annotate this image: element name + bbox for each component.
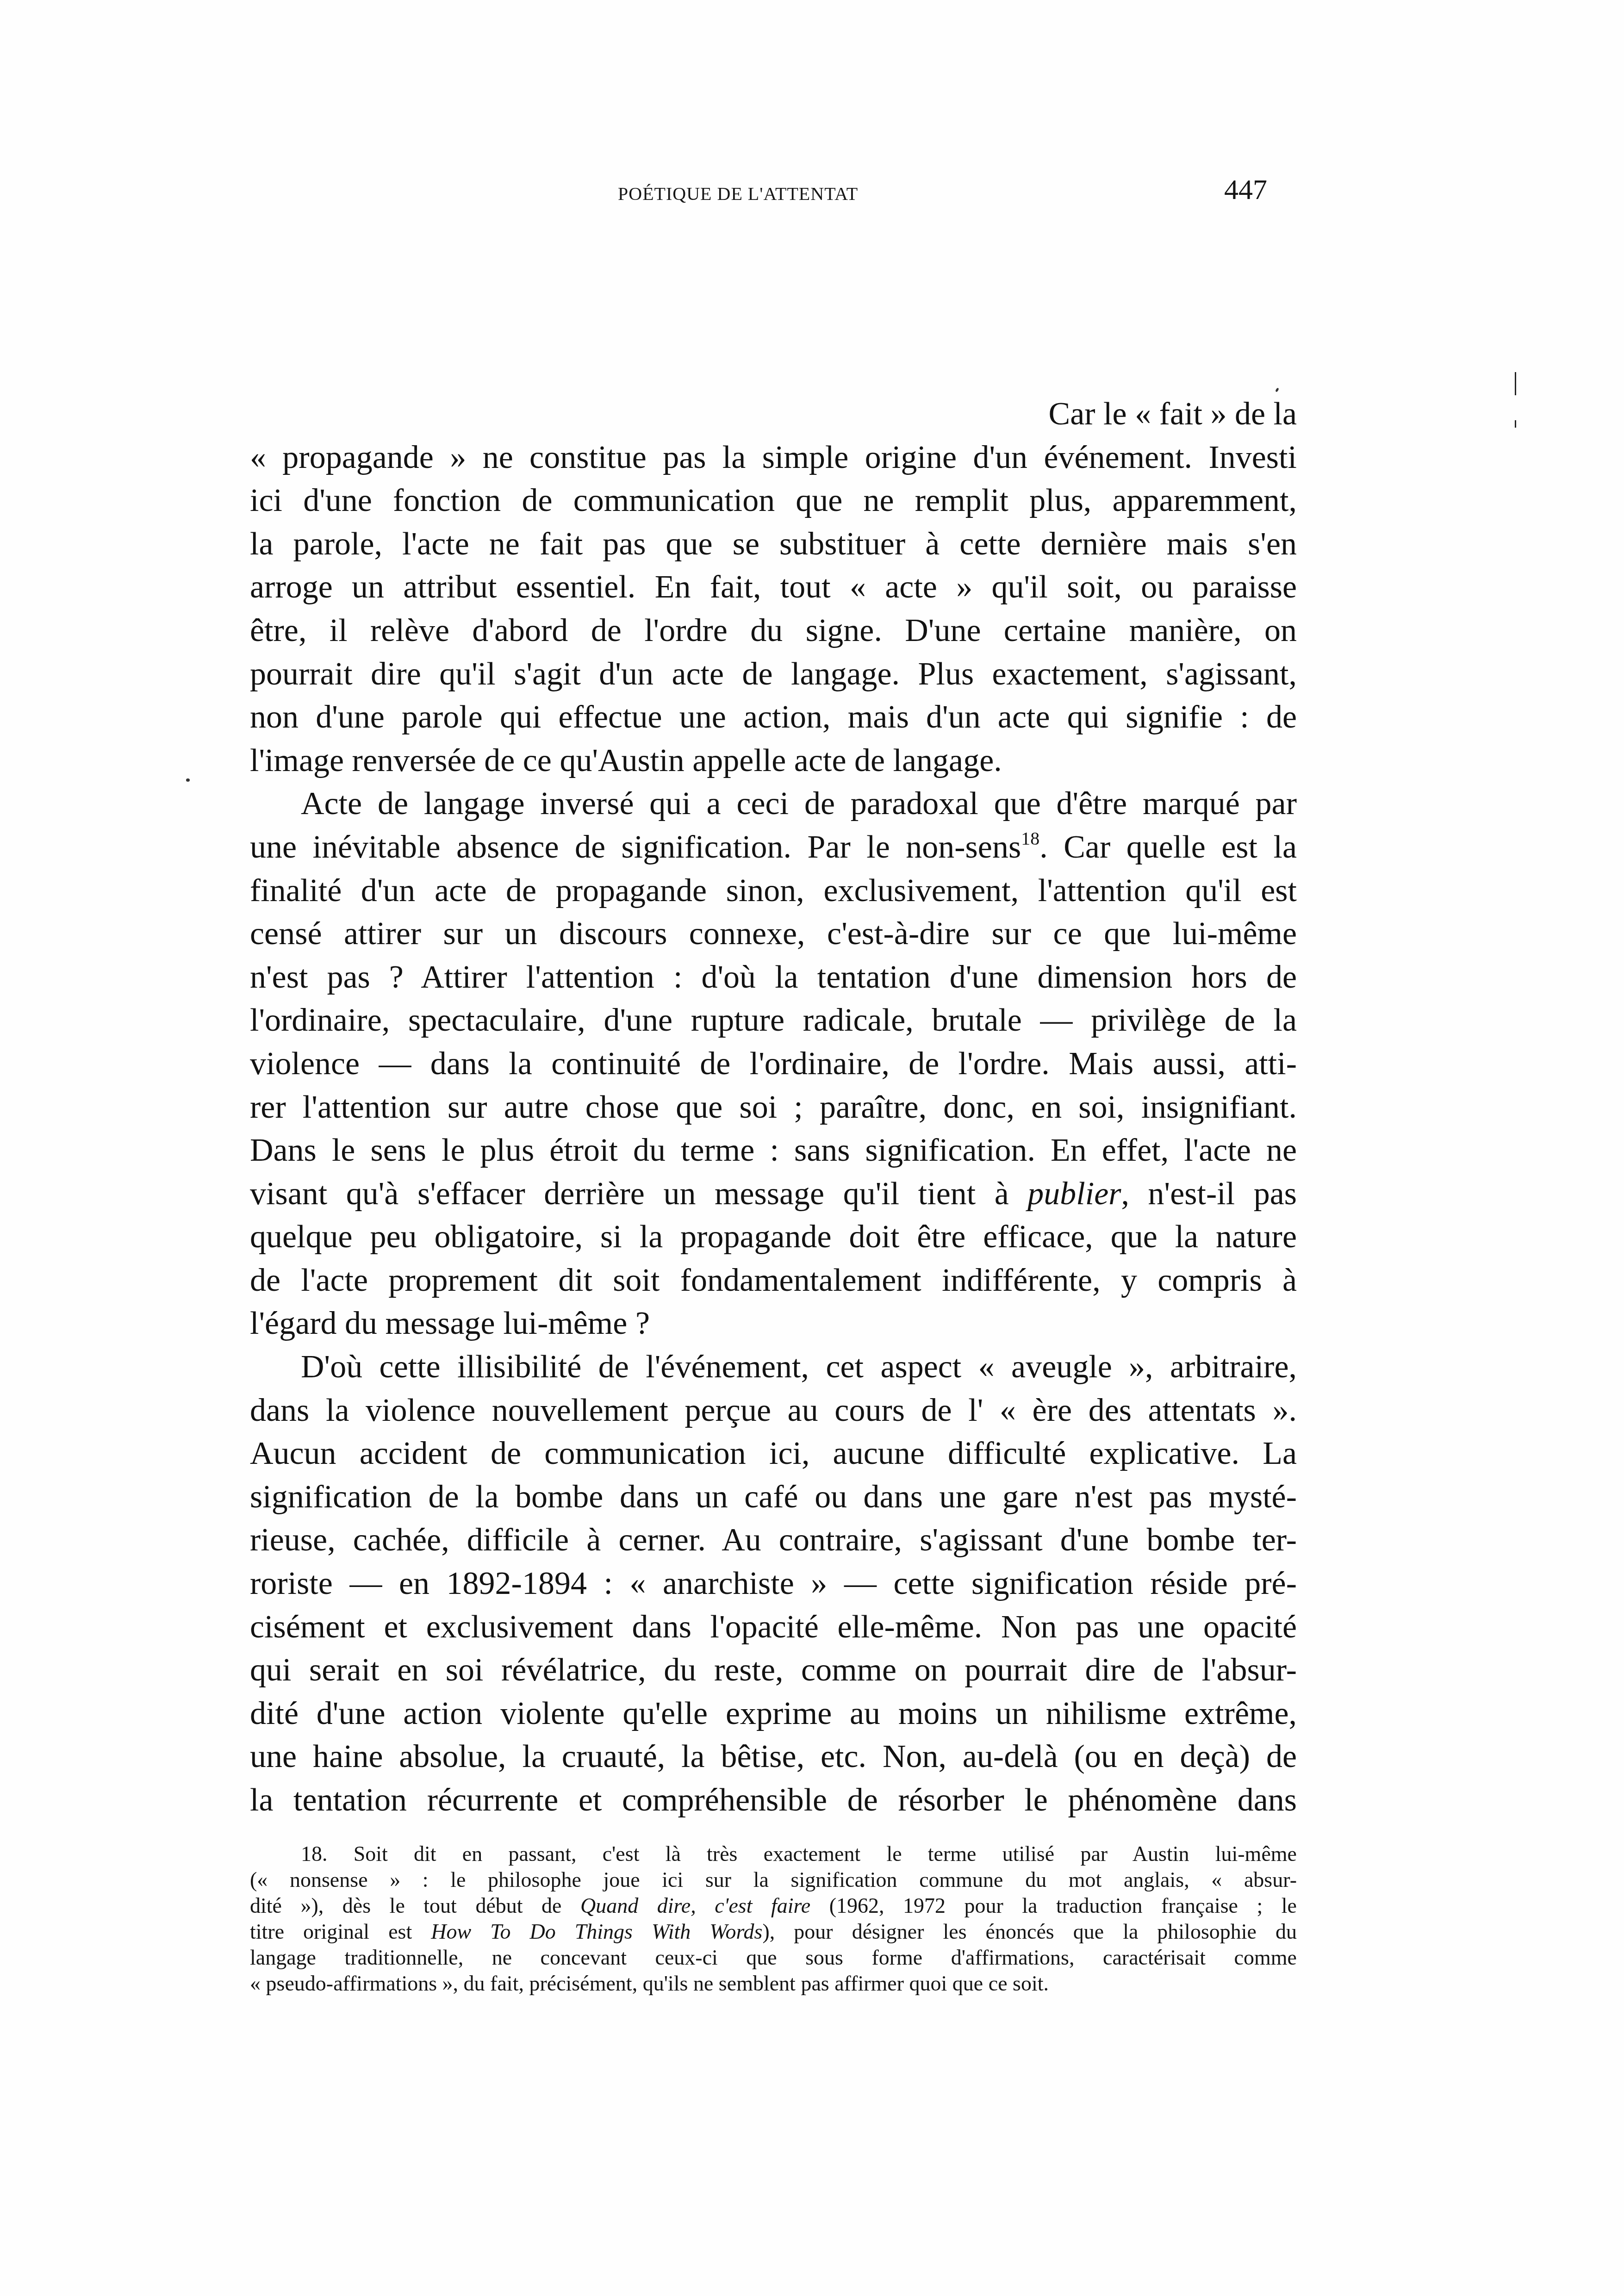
text-segment: , n'est-il pas: [1121, 1176, 1297, 1212]
italic-title-how-to-do-things: How To Do Things With Words: [431, 1920, 762, 1943]
text-segment: une inévitable absence de signification.…: [250, 829, 1021, 865]
footnote-block: 18. Soit dit en passant, c'est là très e…: [250, 1841, 1297, 1997]
text-line: l'ordinaire, spectaculaire, d'une ruptur…: [250, 999, 1297, 1042]
footnote-18-line-with-italic: titre original est How To Do Things With…: [250, 1919, 1297, 1945]
text-line: pourrait dire qu'il s'agit d'un acte de …: [250, 653, 1297, 696]
text-line: roriste — en 1892-1894 : « anarchiste » …: [250, 1562, 1297, 1605]
text-line: finalité d'un acte de propagande sinon, …: [250, 869, 1297, 913]
footnote-18-line: (« nonsense » : le philosophe joue ici s…: [250, 1867, 1297, 1893]
paragraph-start-line: D'où cette illisibilité de l'événement, …: [250, 1345, 1297, 1389]
text-line: la parole, l'acte ne fait pas que se sub…: [250, 523, 1297, 566]
text-line: Dans le sens le plus étroit du terme : s…: [250, 1129, 1297, 1172]
text-line: la tentation récurrente et compréhensibl…: [250, 1779, 1297, 1822]
text-line: Aucun accident de communication ici, auc…: [250, 1432, 1297, 1475]
scanned-page: POÉTIQUE DE L'ATTENTAT 447 Car le « fait…: [0, 0, 1624, 2296]
scan-artifact-mark: [1515, 372, 1516, 395]
text-line: non d'une parole qui effectue une action…: [250, 696, 1297, 739]
text-line-with-footnote-ref: une inévitable absence de signification.…: [250, 826, 1297, 869]
main-text-block: Car le « fait » de la « propagande » ne …: [250, 392, 1297, 1822]
text-line: arroge un attribut essentiel. En fait, t…: [250, 566, 1297, 609]
text-line: signification de la bombe dans un café o…: [250, 1475, 1297, 1519]
text-line: Car le « fait » de la: [250, 392, 1297, 436]
text-segment: dité »), dès le tout début de: [250, 1894, 580, 1917]
scan-artifact-speck: [1275, 387, 1279, 392]
italic-title-quand-dire: Quand dire, c'est faire: [580, 1894, 810, 1917]
text-line: quelque peu obligatoire, si la propagand…: [250, 1215, 1297, 1259]
text-line: rer l'attention sur autre chose que soi …: [250, 1086, 1297, 1129]
paragraph-start-line: Acte de langage inversé qui a ceci de pa…: [250, 782, 1297, 826]
text-line: l'égard du message lui-même ?: [250, 1302, 1297, 1345]
text-line: rieuse, cachée, difficile à cerner. Au c…: [250, 1518, 1297, 1562]
text-segment: visant qu'à s'effacer derrière un messag…: [250, 1176, 1027, 1212]
text-segment: . Car quelle est la: [1039, 829, 1297, 865]
text-segment: titre original est: [250, 1920, 431, 1943]
text-line: dans la violence nouvellement perçue au …: [250, 1389, 1297, 1432]
text-line: « propagande » ne constitue pas la simpl…: [250, 436, 1297, 479]
text-segment: ), pour désigner les énoncés que la phil…: [763, 1920, 1297, 1943]
text-line: cisément et exclusivement dans l'opacité…: [250, 1605, 1297, 1649]
text-line: ici d'une fonction de communication que …: [250, 479, 1297, 523]
footnote-18-line: 18. Soit dit en passant, c'est là très e…: [250, 1841, 1297, 1867]
footnote-18-line: « pseudo-affirmations », du fait, précis…: [250, 1971, 1297, 1997]
text-line: violence — dans la continuité de l'ordin…: [250, 1042, 1297, 1086]
text-line: dité d'une action violente qu'elle expri…: [250, 1692, 1297, 1736]
text-segment: (1962, 1972 pour la traduction française…: [810, 1894, 1297, 1917]
footnote-reference-18[interactable]: 18: [1021, 828, 1039, 849]
page-number: 447: [1224, 174, 1267, 206]
text-line: censé attirer sur un discours connexe, c…: [250, 912, 1297, 956]
text-line: n'est pas ? Attirer l'attention : d'où l…: [250, 956, 1297, 999]
text-line: de l'acte proprement dit soit fondamenta…: [250, 1259, 1297, 1302]
scan-artifact-mark: [1515, 420, 1516, 428]
text-line: une haine absolue, la cruauté, la bêtise…: [250, 1735, 1297, 1779]
text-line: qui serait en soi révélatrice, du reste,…: [250, 1649, 1297, 1692]
scan-artifact-speck: [186, 778, 190, 782]
italic-word-publier: publier: [1027, 1176, 1121, 1212]
text-line-with-italic: visant qu'à s'effacer derrière un messag…: [250, 1172, 1297, 1216]
footnote-18-line-with-italic: dité »), dès le tout début de Quand dire…: [250, 1893, 1297, 1919]
text-line: l'image renversée de ce qu'Austin appell…: [250, 739, 1297, 783]
footnote-18-line: langage traditionnelle, ne concevant ceu…: [250, 1945, 1297, 1971]
text-line: être, il relève d'abord de l'ordre du si…: [250, 609, 1297, 653]
running-header-title: POÉTIQUE DE L'ATTENTAT: [618, 183, 858, 205]
